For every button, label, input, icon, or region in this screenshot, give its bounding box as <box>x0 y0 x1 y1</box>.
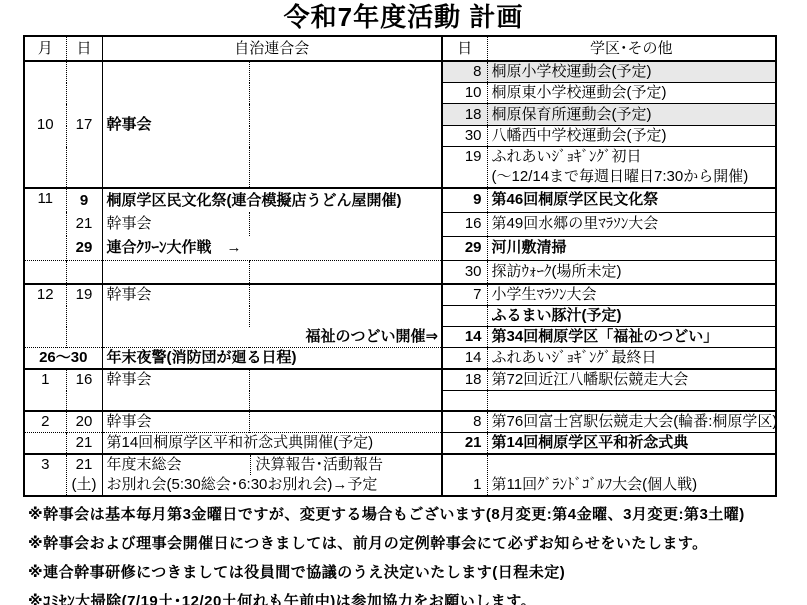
district-event: 桐原東小学校運動会(予定) <box>487 83 776 104</box>
district-day: 8 <box>442 411 487 433</box>
row-nov-2: 21 幹事会 16 第49回水郷の里ﾏﾗｿﾝ大会 <box>24 212 776 236</box>
council-note-oct <box>249 61 442 188</box>
council-event: 桐原学区民文化祭(連合模擬店うどん屋開催) <box>102 188 442 212</box>
district-day: 29 <box>442 236 487 260</box>
council-event-jan: 幹事会 <box>102 369 249 411</box>
district-day: 10 <box>442 83 487 104</box>
col-header-council: 自治連合会 <box>102 36 442 61</box>
council-event: 幹事会 <box>102 284 249 306</box>
council-event-mar: 年度末総会 決算報告･活動報告 お別れ会(5:30総会･6:30お別れ会)→予定 <box>102 454 442 496</box>
page-title: 令和7年度活動 計画 <box>0 0 807 35</box>
council-event-meeting: 年度末総会 <box>107 455 250 475</box>
month-cell <box>24 260 66 284</box>
month-cell-feb: 2 <box>24 411 66 433</box>
day-cell: 20 <box>66 411 102 433</box>
council-event: 第14回桐原学区平和祈念式典開催(予定) <box>102 432 442 454</box>
district-day: 14 <box>442 348 487 370</box>
month-cell-dec: 12 <box>24 284 66 348</box>
council-event: 連合ｸﾘｰﾝ大作戦 → <box>102 236 442 260</box>
activity-plan-table: 月 日 自治連合会 日 学区･その他 10 17 幹事会 8 桐原小学校運動会(… <box>23 35 777 497</box>
district-event: 第46回桐原学区民文化祭 <box>487 188 776 212</box>
district-day: 30 <box>442 260 487 284</box>
district-event: 第34回桐原学区「福祉のつどい」 <box>487 327 776 348</box>
council-note <box>249 284 442 306</box>
footnote-1: ※幹事会は基本毎月第3金曜日ですが、変更する場合もございます(8月変更:第4金曜… <box>28 505 807 525</box>
row-dec-4: 26～30 年末夜警(消防団が廻る日程) 14 ふれあいｼﾞｮｷﾞﾝｸﾞ最終日 <box>24 348 776 370</box>
council-note-jan <box>249 369 442 411</box>
district-event-line2: (～12/14まで毎週日曜日7:30から開催) <box>492 167 772 187</box>
district-day: 18 <box>442 104 487 126</box>
district-day: 14 <box>442 327 487 348</box>
council-event: 幹事会 <box>102 411 249 433</box>
row-dec-3: 福祉のつどい開催⇒ 14 第34回桐原学区「福祉のつどい」 <box>24 327 776 348</box>
district-event: 第76回富士宮駅伝競走大会(輪番:桐原学区) <box>487 411 776 433</box>
district-event: ふるまい豚汁(予定) <box>487 306 776 327</box>
row-nov-3: 29 連合ｸﾘｰﾝ大作戦 → 29 河川敷清掃 <box>24 236 776 260</box>
council-event: 年末夜警(消防団が廻る日程) <box>102 348 442 370</box>
month-cell <box>24 432 66 454</box>
day-range-cell: 26～30 <box>24 348 102 370</box>
council-event-line1: 年度末総会 決算報告･活動報告 <box>107 455 438 475</box>
district-day <box>442 391 487 411</box>
district-day: 9 <box>442 188 487 212</box>
council-event <box>102 260 249 284</box>
row-nov-1: 11 9 桐原学区民文化祭(連合模擬店うどん屋開催) 9 第46回桐原学区民文化… <box>24 188 776 212</box>
council-event-report: 決算報告･活動報告 <box>250 455 438 475</box>
district-event-line1: ふれあいｼﾞｮｷﾞﾝｸﾞ初日 <box>492 147 772 167</box>
col-header-day-left: 日 <box>66 36 102 61</box>
district-day: 8 <box>442 61 487 83</box>
day-cell: 21 <box>66 432 102 454</box>
day-cell <box>66 260 102 284</box>
council-event <box>102 306 249 327</box>
district-event: 桐原保育所運動会(予定) <box>487 104 776 126</box>
day-cell: 9 <box>66 188 102 212</box>
col-header-month: 月 <box>24 36 66 61</box>
district-event: 八幡西中学校運動会(予定) <box>487 126 776 147</box>
row-dec-2: ふるまい豚汁(予定) <box>24 306 776 327</box>
row-nov-4: 30 探訪ｳｫｰｸ(場所未定) <box>24 260 776 284</box>
row-feb-1: 2 20 幹事会 8 第76回富士宮駅伝競走大会(輪番:桐原学区) <box>24 411 776 433</box>
row-feb-2: 21 第14回桐原学区平和祈念式典開催(予定) 21 第14回桐原学区平和祈念式… <box>24 432 776 454</box>
footnote-4: ※ｺﾐｾﾝ大掃除(7/19土･12/20土何れも午前中)は参加協力をお願いします… <box>28 592 807 605</box>
council-event-oct: 幹事会 <box>102 61 249 188</box>
district-event: 小学生ﾏﾗｿﾝ大会 <box>487 284 776 306</box>
district-day: 30 <box>442 126 487 147</box>
council-note <box>249 260 442 284</box>
district-event: 桐原小学校運動会(予定) <box>487 61 776 83</box>
month-cell-nov: 11 <box>24 188 66 260</box>
month-cell-oct: 10 <box>24 61 66 188</box>
district-day: 1 <box>442 454 487 496</box>
council-note <box>249 306 442 327</box>
month-cell-mar: 3 <box>24 454 66 496</box>
council-note <box>249 411 442 433</box>
day-line2: (土) <box>71 475 98 495</box>
row-jan-1: 1 16 幹事会 18 第72回近江八幡駅伝競走大会 <box>24 369 776 391</box>
row-mar-1: 3 21 (土) 年度末総会 決算報告･活動報告 お別れ会(5:30総会･6:3… <box>24 454 776 496</box>
day-line1: 21 <box>71 455 98 475</box>
row-oct-1: 10 17 幹事会 8 桐原小学校運動会(予定) <box>24 61 776 83</box>
district-day <box>442 306 487 327</box>
district-day: 21 <box>442 432 487 454</box>
day-cell: 21 <box>66 212 102 236</box>
day-cell-mar: 21 (土) <box>66 454 102 496</box>
council-event: 幹事会 <box>102 212 249 236</box>
district-event: 第72回近江八幡駅伝競走大会 <box>487 369 776 391</box>
district-event: 第49回水郷の里ﾏﾗｿﾝ大会 <box>487 212 776 236</box>
district-day: 16 <box>442 212 487 236</box>
district-event: ふれあいｼﾞｮｷﾞﾝｸﾞ最終日 <box>487 348 776 370</box>
footnote-3: ※連合幹事研修につきましては役員間で協議のうえ決定いたします(日程未定) <box>28 563 807 583</box>
day-cell-jan: 16 <box>66 369 102 411</box>
district-event: 探訪ｳｫｰｸ(場所未定) <box>487 260 776 284</box>
district-day: 18 <box>442 369 487 391</box>
day-cell: 29 <box>66 236 102 260</box>
header-row: 月 日 自治連合会 日 学区･その他 <box>24 36 776 61</box>
council-event-line2: お別れ会(5:30総会･6:30お別れ会)→予定 <box>107 475 438 495</box>
district-day: 19 <box>442 147 487 189</box>
council-event-fukushi: 福祉のつどい開催⇒ <box>102 327 442 348</box>
district-event: 第14回桐原学区平和祈念式典 <box>487 432 776 454</box>
day-cell-dec: 19 <box>66 284 102 348</box>
district-day: 7 <box>442 284 487 306</box>
col-header-day-right: 日 <box>442 36 487 61</box>
district-event: 河川敷清掃 <box>487 236 776 260</box>
day-cell-oct: 17 <box>66 61 102 188</box>
council-note <box>249 212 442 236</box>
district-event: ふれあいｼﾞｮｷﾞﾝｸﾞ初日 (～12/14まで毎週日曜日7:30から開催) <box>487 147 776 189</box>
col-header-district: 学区･その他 <box>487 36 776 61</box>
footnote-2: ※幹事会および理事会開催日につきましては、前月の定例幹事会にて必ずお知らせをいた… <box>28 534 807 554</box>
row-dec-1: 12 19 幹事会 7 小学生ﾏﾗｿﾝ大会 <box>24 284 776 306</box>
footnotes: ※幹事会は基本毎月第3金曜日ですが、変更する場合もございます(8月変更:第4金曜… <box>28 505 807 605</box>
district-event <box>487 391 776 411</box>
month-cell-jan: 1 <box>24 369 66 411</box>
district-event: 第11回ｸﾞﾗﾝﾄﾞｺﾞﾙﾌ大会(個人戦) <box>487 454 776 496</box>
